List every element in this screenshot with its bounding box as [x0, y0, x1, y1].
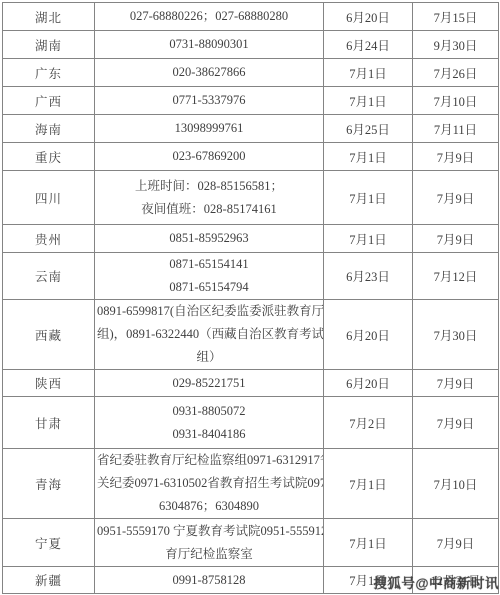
phone-number: 上班时间：028-85156581； [97, 175, 321, 198]
phone-number: 0931-8404186 [97, 423, 321, 446]
phone-number: 组)，0891-6322440（西藏自治区教育考试院监督 [97, 323, 321, 346]
phone-number: 027-68880226；027-68880280 [97, 5, 321, 28]
phone-cell: 0771-5337976 [95, 87, 324, 115]
phone-cell: 020-38627866 [95, 59, 324, 87]
phone-number: 0771-5337976 [97, 89, 321, 112]
phone-number: 6304876；6304890 [97, 495, 321, 518]
end-date-cell: 7月9日 [413, 397, 499, 449]
table-row: 贵州 0851-85952963 7月1日 7月9日 [3, 225, 499, 253]
phone-cell: 027-68880226；027-68880280 [95, 3, 324, 31]
end-date-cell: 7月30日 [413, 300, 499, 370]
province-cell: 青海 [3, 449, 95, 519]
end-date-cell: 7月10日 [413, 87, 499, 115]
start-date-cell: 6月20日 [324, 300, 413, 370]
province-cell: 贵州 [3, 225, 95, 253]
phone-number: 0891-6599817(自治区纪委监委派驻教育厅纪检监察 [97, 300, 321, 323]
start-date-cell: 7月2日 [324, 397, 413, 449]
start-date-cell: 7月1日 [324, 143, 413, 171]
end-date-cell: 7月9日 [413, 225, 499, 253]
phone-number: 0871-65154794 [97, 276, 321, 299]
table-row: 湖南 0731-88090301 6月24日 9月30日 [3, 31, 499, 59]
table-row: 青海 省纪委驻教育厅纪检监察组0971-6312917省教育厅机 关纪委0971… [3, 449, 499, 519]
phone-number: 0851-85952963 [97, 227, 321, 250]
table-row: 广西 0771-5337976 7月1日 7月10日 [3, 87, 499, 115]
phone-number: 夜间值班：028-85174161 [97, 198, 321, 221]
phone-number: 13098999761 [97, 117, 321, 140]
phone-number: 省纪委驻教育厅纪检监察组0971-6312917省教育厅机 [97, 449, 321, 472]
start-date-cell: 7月1日 [324, 225, 413, 253]
province-cell: 云南 [3, 253, 95, 300]
phone-cell: 023-67869200 [95, 143, 324, 171]
start-date-cell: 7月1日 [324, 87, 413, 115]
end-date-cell: 7月9日 [413, 519, 499, 567]
phone-number: 0871-65154141 [97, 253, 321, 276]
table-row: 陕西 029-85221751 6月20日 7月9日 [3, 370, 499, 397]
phone-number: 020-38627866 [97, 61, 321, 84]
province-cell: 陕西 [3, 370, 95, 397]
province-cell: 甘肃 [3, 397, 95, 449]
phone-number: 0931-8805072 [97, 400, 321, 423]
table-row: 甘肃 0931-8805072 0931-8404186 7月2日 7月9日 [3, 397, 499, 449]
province-cell: 重庆 [3, 143, 95, 171]
end-date-cell: 7月11日 [413, 115, 499, 143]
phone-number: 0731-88090301 [97, 33, 321, 56]
start-date-cell: 7月1日 [324, 519, 413, 567]
end-date-cell: 7月9日 [413, 370, 499, 397]
phone-cell: 0951-5559170 宁夏教育考试院0951-5559123 宁夏教 育厅纪… [95, 519, 324, 567]
phone-cell: 13098999761 [95, 115, 324, 143]
phone-cell: 0891-6599817(自治区纪委监委派驻教育厅纪检监察 组)，0891-63… [95, 300, 324, 370]
table-row: 云南 0871-65154141 0871-65154794 6月23日 7月1… [3, 253, 499, 300]
phone-number: 关纪委0971-6310502省教育招生考试院0971- [97, 472, 321, 495]
start-date-cell: 6月24日 [324, 31, 413, 59]
start-date-cell: 7月1日 [324, 171, 413, 225]
province-cell: 广东 [3, 59, 95, 87]
phone-cell: 省纪委驻教育厅纪检监察组0971-6312917省教育厅机 关纪委0971-63… [95, 449, 324, 519]
end-date-cell: 7月9日 [413, 171, 499, 225]
phone-cell: 0851-85952963 [95, 225, 324, 253]
phone-number: 育厅纪检监察室 [97, 543, 321, 566]
start-date-cell: 7月1日 [324, 449, 413, 519]
table-row: 广东 020-38627866 7月1日 7月26日 [3, 59, 499, 87]
phone-cell: 0731-88090301 [95, 31, 324, 59]
province-contact-table: 湖北 027-68880226；027-68880280 6月20日 7月15日… [2, 2, 499, 594]
table-row: 宁夏 0951-5559170 宁夏教育考试院0951-5559123 宁夏教 … [3, 519, 499, 567]
phone-number: 组） [97, 346, 321, 369]
table-row: 重庆 023-67869200 7月1日 7月9日 [3, 143, 499, 171]
province-cell: 四川 [3, 171, 95, 225]
province-cell: 宁夏 [3, 519, 95, 567]
start-date-cell: 7月1日 [324, 59, 413, 87]
end-date-cell: 7月15日 [413, 3, 499, 31]
end-date-cell: 7月12日 [413, 253, 499, 300]
province-cell: 湖南 [3, 31, 95, 59]
start-date-cell: 6月20日 [324, 3, 413, 31]
province-cell: 湖北 [3, 3, 95, 31]
phone-cell: 0871-65154141 0871-65154794 [95, 253, 324, 300]
phone-number: 0951-5559170 宁夏教育考试院0951-5559123 宁夏教 [97, 520, 321, 543]
end-date-cell: 7月10日 [413, 449, 499, 519]
phone-number: 023-67869200 [97, 145, 321, 168]
table-row: 四川 上班时间：028-85156581； 夜间值班：028-85174161 … [3, 171, 499, 225]
end-date-cell: 9月30日 [413, 31, 499, 59]
sohu-watermark: 搜狐号@中商新时讯 [373, 572, 499, 592]
province-cell: 海南 [3, 115, 95, 143]
province-cell: 广西 [3, 87, 95, 115]
table-row: 海南 13098999761 6月25日 7月11日 [3, 115, 499, 143]
end-date-cell: 7月26日 [413, 59, 499, 87]
province-cell: 西藏 [3, 300, 95, 370]
table-row: 西藏 0891-6599817(自治区纪委监委派驻教育厅纪检监察 组)，0891… [3, 300, 499, 370]
phone-cell: 029-85221751 [95, 370, 324, 397]
province-cell: 新疆 [3, 567, 95, 594]
phone-number: 029-85221751 [97, 372, 321, 395]
phone-number: 0991-8758128 [97, 569, 321, 592]
start-date-cell: 6月25日 [324, 115, 413, 143]
start-date-cell: 6月23日 [324, 253, 413, 300]
phone-cell: 0991-8758128 [95, 567, 324, 594]
start-date-cell: 6月20日 [324, 370, 413, 397]
phone-cell: 上班时间：028-85156581； 夜间值班：028-85174161 [95, 171, 324, 225]
end-date-cell: 7月9日 [413, 143, 499, 171]
phone-cell: 0931-8805072 0931-8404186 [95, 397, 324, 449]
table-row: 湖北 027-68880226；027-68880280 6月20日 7月15日 [3, 3, 499, 31]
